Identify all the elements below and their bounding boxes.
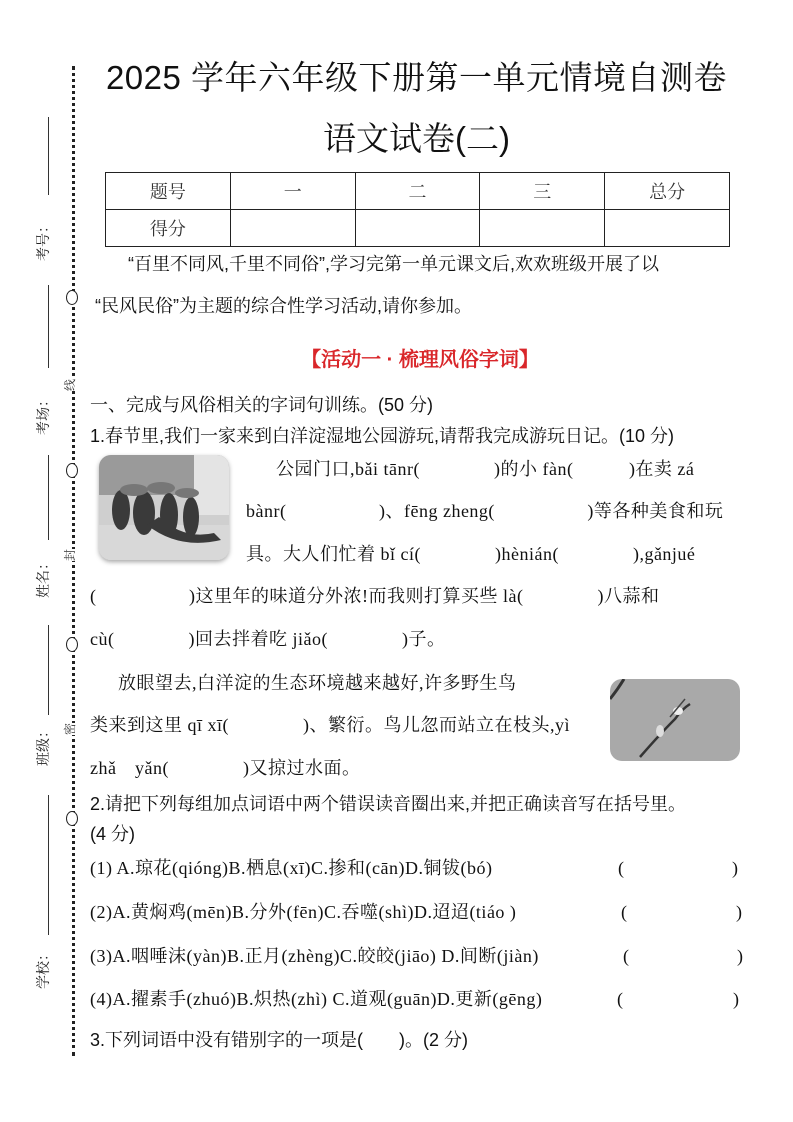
intro-line-2: “民风民俗”为主题的综合性学习活动,请你参加。 — [95, 295, 472, 317]
score-cell-1[interactable] — [230, 210, 355, 247]
score-header-cell: 三 — [480, 173, 605, 210]
diary-line-6: 放眼望去,白洋淀的生态环境越来越好,许多野生鸟 — [118, 672, 517, 694]
answer-paren-open-1: ( — [618, 857, 624, 879]
diary-line-4: ( )这里年的味道分外浓!而我则打算买些 là( )八蒜和 — [90, 585, 659, 607]
diary-line-2: bànr( )、fēng zheng( )等各种美食和玩 — [246, 500, 723, 522]
answer-blank-2[interactable] — [631, 899, 731, 923]
score-header-cell: 题号 — [106, 173, 231, 210]
question-2-prompt-line-1: 2.请把下列每组加点词语中两个错误读音圈出来,并把正确读音写在括号里。 — [90, 793, 686, 815]
answer-paren-close-3: ) — [737, 945, 743, 967]
binding-hole-2 — [66, 463, 78, 478]
diary-line-1: 公园门口,bǎi tānr( )的小 fàn( )在卖 zá — [276, 458, 694, 480]
school-label: 学校： — [33, 947, 53, 989]
answer-blank-1[interactable] — [628, 855, 728, 879]
score-cell-3[interactable] — [480, 210, 605, 247]
score-cell-total[interactable] — [605, 210, 730, 247]
seal-char-xian: 线 — [63, 379, 77, 391]
bird-photo — [610, 679, 740, 761]
activity-heading: 【活动一 · 梳理风俗字词】 — [0, 343, 793, 372]
answer-paren-close-1: ) — [732, 857, 738, 879]
diary-line-7: 类来到这里 qī xī( )、繁衍。鸟儿忽而站立在枝头,yì — [90, 714, 570, 736]
score-table-header-row: 题号 一 二 三 总分 — [106, 173, 730, 210]
score-header-cell: 二 — [355, 173, 480, 210]
bird-image — [610, 679, 740, 761]
question-2-item-1: (1) A.琼花(qióng)B.栖息(xī)C.掺和(cān)D.铜钹(bó) — [90, 857, 492, 879]
question-2-item-4: (4)A.擢素手(zhuó)B.炽热(zhì) C.道观(guān)D.更新(g… — [90, 988, 542, 1010]
exam-number-label: 考号： — [33, 219, 53, 261]
section-1-heading: 一、完成与风俗相关的字词句训练。(50 分) — [90, 394, 433, 416]
class-line[interactable] — [48, 625, 49, 715]
name-label: 姓名： — [33, 556, 53, 598]
binding-hole-4 — [66, 811, 78, 826]
diary-line-3: 具。大人们忙着 bǐ cí( )hènián( ),gǎnjué — [246, 543, 695, 565]
score-table-score-row: 得分 — [106, 210, 730, 247]
answer-blank-4[interactable] — [627, 986, 727, 1010]
question-1-prompt: 1.春节里,我们一家来到白洋淀湿地公园游玩,请帮我完成游玩日记。(10 分) — [90, 425, 674, 447]
score-table: 题号 一 二 三 总分 得分 — [105, 172, 730, 247]
score-cell-2[interactable] — [355, 210, 480, 247]
diary-line-5: cù( )回去拌着吃 jiǎo( )子。 — [90, 628, 445, 650]
answer-paren-close-2: ) — [736, 901, 742, 923]
question-2-prompt-line-2: (4 分) — [90, 823, 135, 845]
seal-char-mi: 密 — [63, 723, 77, 735]
folk-dance-photo — [99, 455, 229, 560]
answer-paren-close-4: ) — [733, 988, 739, 1010]
exam-title: 2025 学年六年级下册第一单元情境自测卷 — [0, 52, 793, 99]
answer-paren-open-4: ( — [617, 988, 623, 1010]
score-header-cell: 一 — [230, 173, 355, 210]
intro-line-1: “百里不同风,千里不同俗”,学习完第一单元课文后,欢欢班级开展了以 — [128, 253, 659, 275]
diary-line-8: zhǎ yǎn( )又掠过水面。 — [90, 757, 360, 779]
exam-subtitle: 语文试卷(二) — [0, 113, 793, 160]
folk-dance-image — [99, 455, 229, 560]
question-3-prompt: 3.下列词语中没有错别字的一项是( )。(2 分) — [90, 1029, 468, 1051]
score-header-cell: 总分 — [605, 173, 730, 210]
binding-hole-3 — [66, 637, 78, 652]
name-line[interactable] — [48, 455, 49, 540]
score-row-label: 得分 — [106, 210, 231, 247]
exam-room-label: 考场： — [33, 393, 53, 435]
school-line[interactable] — [48, 795, 49, 935]
answer-paren-open-2: ( — [621, 901, 627, 923]
class-label: 班级： — [33, 724, 53, 766]
answer-paren-open-3: ( — [623, 945, 629, 967]
question-2-item-2: (2)A.黄焖鸡(mēn)B.分外(fēn)C.吞噬(shì)D.迢迢(tiáo… — [90, 901, 516, 923]
binding-hole-1 — [66, 290, 78, 305]
question-2-item-3: (3)A.咽唾沫(yàn)B.正月(zhèng)C.皎皎(jiāo) D.间断(… — [90, 945, 539, 967]
seal-char-feng: 封 — [63, 549, 77, 561]
answer-blank-3[interactable] — [633, 943, 733, 967]
